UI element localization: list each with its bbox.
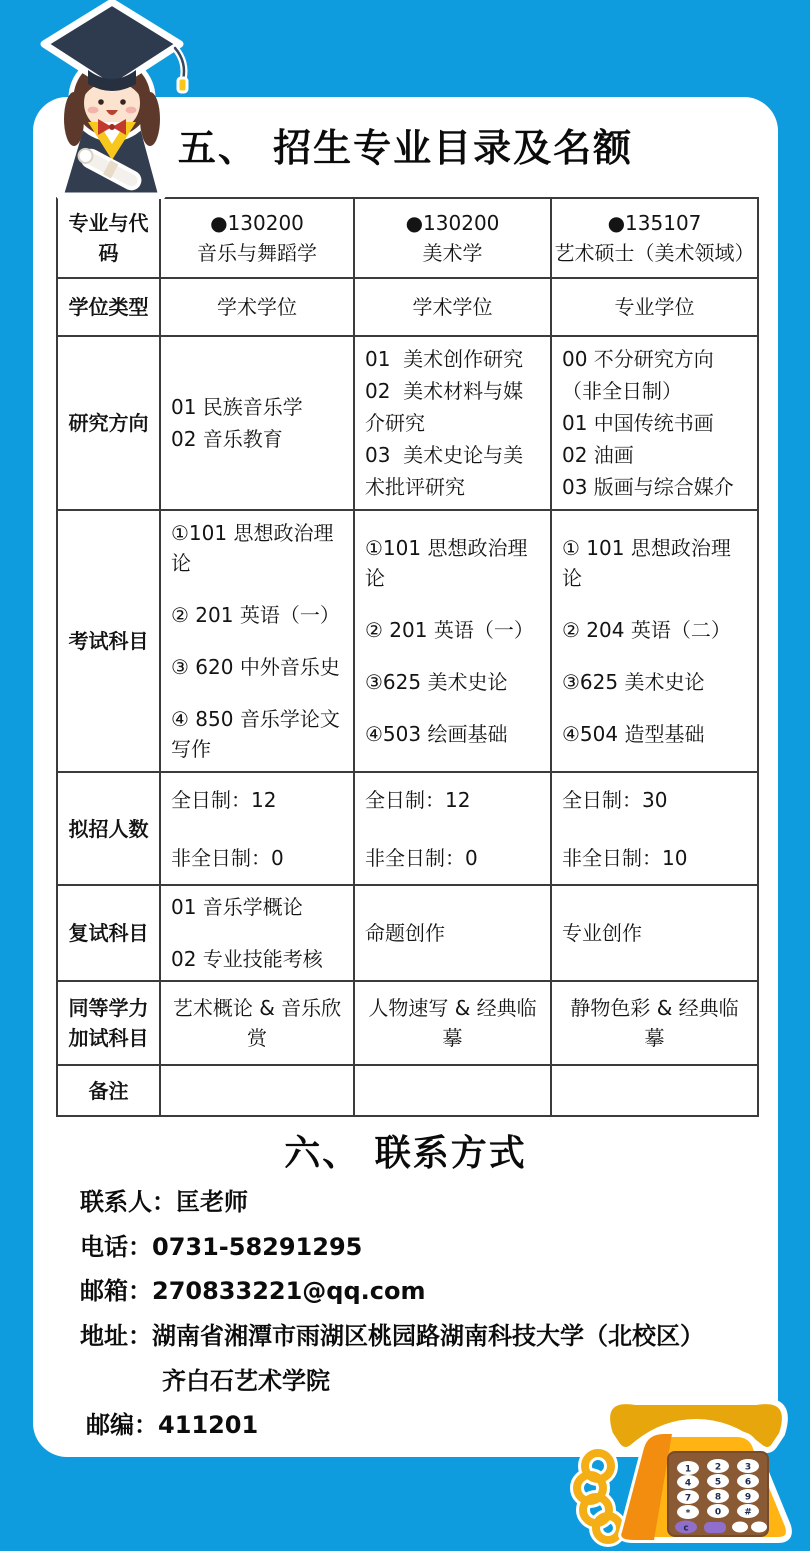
poster-page: 五、 招生专业目录及名额 专业与代码 ●130200 音乐与舞蹈学 ●13020… [0, 0, 810, 1551]
exam-item: ③625 美术史论 [365, 667, 540, 697]
exam-item: ② 201 英语（一） [365, 615, 540, 645]
content-panel: 五、 招生专业目录及名额 专业与代码 ●130200 音乐与舞蹈学 ●13020… [33, 97, 778, 1457]
major-code: ●130200 [171, 208, 343, 238]
direction-item: 02 油画 [562, 439, 747, 471]
exam-item: ② 204 英语（二） [562, 615, 747, 645]
exam-item: ④504 造型基础 [562, 719, 747, 749]
phone-key-blank [732, 1522, 748, 1533]
enrollment-fulltime: 全日制：12 [171, 785, 343, 815]
cell-enrollment-col2: 全日制：12 非全日制：0 [354, 772, 551, 885]
phone-key-c: c [683, 1524, 688, 1534]
table-row-degree-type: 学位类型 学术学位 学术学位 专业学位 [57, 278, 758, 336]
major-name: 艺术硕士（美术领域） [554, 238, 755, 268]
table-row-remarks: 备注 [57, 1065, 758, 1116]
cell-remark-col3 [551, 1065, 758, 1116]
cell-equivalency-col1: 艺术概论 & 音乐欣赏 [160, 981, 354, 1065]
cell-degree-col2: 学术学位 [354, 278, 551, 336]
enrollment-fulltime: 全日制：12 [365, 785, 540, 815]
row-header-exam-subjects: 考试科目 [57, 510, 160, 772]
enrollment-fulltime: 全日制：30 [562, 785, 747, 815]
cell-exams-col1: ①101 思想政治理论 ② 201 英语（一） ③ 620 中外音乐史 ④ 85… [160, 510, 354, 772]
cell-major-col2: ●130200 美术学 [354, 198, 551, 278]
contact-address-line1: 地址：湖南省湘潭市雨湖区桃园路湖南科技大学（北校区） [80, 1321, 760, 1353]
cell-directions-col2: 01 美术创作研究 02 美术材料与媒介研究 03 美术史论与美术批评研究 [354, 336, 551, 510]
phone-key: 2 [715, 1463, 721, 1473]
direction-item: 02 音乐教育 [171, 423, 343, 455]
table-row-planned-enrollment: 拟招人数 全日制：12 非全日制：0 全日制：12 非全日制：0 全日制：30 … [57, 772, 758, 885]
phone-key: 1 [685, 1465, 691, 1475]
section6-title: 六、 联系方式 [33, 1125, 778, 1176]
table-row-retest-subjects: 复试科目 01 音乐学概论 02 专业技能考核 命题创作 专业创作 [57, 885, 758, 981]
phone-key-purple [704, 1522, 726, 1533]
major-name: 音乐与舞蹈学 [171, 238, 343, 268]
row-header-research-direction: 研究方向 [57, 336, 160, 510]
phone-key: 3 [745, 1463, 751, 1473]
exam-item: ①101 思想政治理论 [171, 518, 343, 578]
cell-exams-col3: ① 101 思想政治理论 ② 204 英语（二） ③625 美术史论 ④504 … [551, 510, 758, 772]
phone-key: 7 [685, 1494, 691, 1504]
cell-retest-col1: 01 音乐学概论 02 专业技能考核 [160, 885, 354, 981]
contact-email: 邮箱：270833221@qq.com [80, 1276, 760, 1308]
cell-equivalency-col3: 静物色彩 & 经典临摹 [551, 981, 758, 1065]
exam-item: ③ 620 中外音乐史 [171, 652, 343, 682]
cell-major-col1: ●130200 音乐与舞蹈学 [160, 198, 354, 278]
major-code: ●135107 [554, 208, 755, 238]
phone-key: 6 [745, 1478, 751, 1488]
cell-enrollment-col3: 全日制：30 非全日制：10 [551, 772, 758, 885]
phone-key: 4 [685, 1479, 691, 1489]
enrollment-parttime: 非全日制：0 [171, 843, 343, 873]
cell-remark-col2 [354, 1065, 551, 1116]
cell-remark-col1 [160, 1065, 354, 1116]
exam-item: ①101 思想政治理论 [365, 533, 540, 593]
retest-item: 02 专业技能考核 [171, 944, 343, 974]
enrollment-parttime: 非全日制：0 [365, 843, 540, 873]
phone-key: 8 [715, 1493, 721, 1503]
cell-directions-col1: 01 民族音乐学 02 音乐教育 [160, 336, 354, 510]
phone-cord [577, 1453, 620, 1540]
phone-key: * [686, 1509, 691, 1519]
table-row-exam-subjects: 考试科目 ①101 思想政治理论 ② 201 英语（一） ③ 620 中外音乐史… [57, 510, 758, 772]
direction-item: 01 民族音乐学 [171, 391, 343, 423]
cell-degree-col3: 专业学位 [551, 278, 758, 336]
direction-item: 02 美术材料与媒介研究 [365, 375, 540, 439]
table-row-equivalency-subjects: 同等学力加试科目 艺术概论 & 音乐欣赏 人物速写 & 经典临摹 静物色彩 & … [57, 981, 758, 1065]
contact-phone: 电话：0731-58291295 [80, 1232, 760, 1264]
row-header-remarks: 备注 [57, 1065, 160, 1116]
retest-item: 01 音乐学概论 [171, 892, 343, 922]
exam-item: ④ 850 音乐学论文写作 [171, 704, 343, 764]
table-row-research-direction: 研究方向 01 民族音乐学 02 音乐教育 01 美术创作研究 02 美术材料与… [57, 336, 758, 510]
phone-key: 0 [715, 1508, 721, 1518]
cell-enrollment-col1: 全日制：12 非全日制：0 [160, 772, 354, 885]
exam-item: ④503 绘画基础 [365, 719, 540, 749]
cell-equivalency-col2: 人物速写 & 经典临摹 [354, 981, 551, 1065]
contact-person: 联系人：匡老师 [80, 1187, 760, 1219]
admissions-table: 专业与代码 ●130200 音乐与舞蹈学 ●130200 美术学 ●135107… [56, 197, 759, 1117]
row-header-retest-subjects: 复试科目 [57, 885, 160, 981]
graduate-student-illustration [20, 0, 205, 199]
table-row-major-code: 专业与代码 ●130200 音乐与舞蹈学 ●130200 美术学 ●135107… [57, 198, 758, 278]
major-name: 美术学 [365, 238, 540, 268]
row-header-degree-type: 学位类型 [57, 278, 160, 336]
row-header-major-code: 专业与代码 [57, 198, 160, 278]
exam-item: ② 201 英语（一） [171, 600, 343, 630]
phone-key: # [744, 1508, 752, 1518]
exam-item: ③625 美术史论 [562, 667, 747, 697]
cell-degree-col1: 学术学位 [160, 278, 354, 336]
direction-item: 03 版画与综合媒介 [562, 471, 747, 503]
direction-item: 03 美术史论与美术批评研究 [365, 439, 540, 503]
telephone-illustration: 1 2 3 4 5 6 7 8 9 * 0 # c [560, 1378, 805, 1550]
enrollment-parttime: 非全日制：10 [562, 843, 747, 873]
exam-item: ① 101 思想政治理论 [562, 533, 747, 593]
direction-item: 01 中国传统书画 [562, 407, 747, 439]
direction-item: 00 不分研究方向（非全日制） [562, 343, 747, 407]
cell-retest-col2: 命题创作 [354, 885, 551, 981]
cell-exams-col2: ①101 思想政治理论 ② 201 英语（一） ③625 美术史论 ④503 绘… [354, 510, 551, 772]
cell-retest-col3: 专业创作 [551, 885, 758, 981]
major-code: ●130200 [365, 208, 540, 238]
row-header-equivalency-subjects: 同等学力加试科目 [57, 981, 160, 1065]
row-header-planned-enrollment: 拟招人数 [57, 772, 160, 885]
phone-key-blank [751, 1522, 767, 1533]
direction-item: 01 美术创作研究 [365, 343, 540, 375]
phone-key: 9 [745, 1493, 751, 1503]
phone-key: 5 [715, 1478, 721, 1488]
cell-major-col3: ●135107 艺术硕士（美术领域） [551, 198, 758, 278]
cell-directions-col3: 00 不分研究方向（非全日制） 01 中国传统书画 02 油画 03 版画与综合… [551, 336, 758, 510]
